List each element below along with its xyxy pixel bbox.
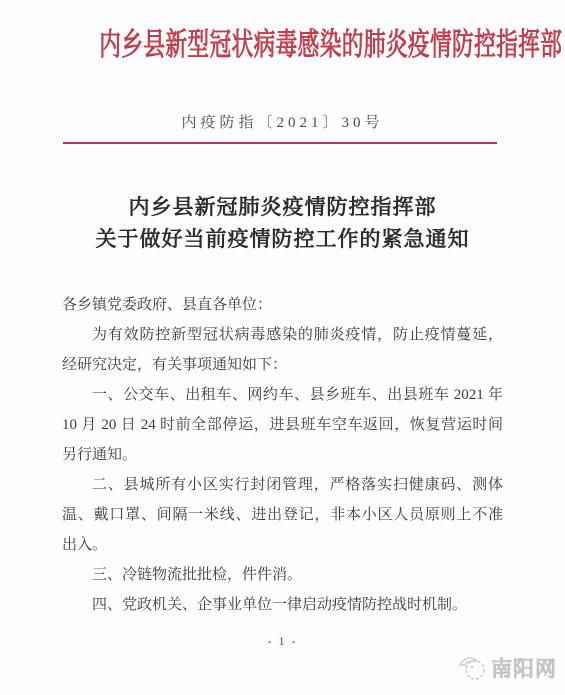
- letterhead-divider-line: [63, 142, 497, 144]
- document-number: 内疫防指〔2021〕30号: [0, 112, 565, 134]
- document-title-line2: 关于做好当前疫情防控工作的紧急通知: [0, 223, 565, 255]
- body-text-line: 出入。: [62, 530, 503, 560]
- body-text-line: 三、冷链物流批批检，件件消。: [62, 560, 503, 590]
- body-text-line: 为有效防控新型冠状病毒感染的肺炎疫情，防止疫情蔓延，: [62, 320, 503, 350]
- body-text-line: 经研究决定，有关事项通知如下：: [62, 350, 503, 380]
- document-title-line1: 内乡县新冠肺炎疫情防控指挥部: [0, 191, 565, 223]
- document-page: 内乡县新型冠状病毒感染的肺炎疫情防控指挥部 内疫防指〔2021〕30号 内乡县新…: [0, 0, 565, 695]
- document-title: 内乡县新冠肺炎疫情防控指挥部 关于做好当前疫情防控工作的紧急通知: [0, 191, 565, 255]
- body-text-line: 各乡镇党委政府、县直各单位：: [62, 290, 503, 320]
- body-text-line: 10 月 20 日 24 时前全部停运，进县班车空车返回，恢复营运时间: [62, 410, 503, 440]
- nanyang-net-logo-icon: [458, 653, 488, 683]
- page-number: - 1 -: [0, 634, 565, 649]
- document-body: 各乡镇党委政府、县直各单位： 为有效防控新型冠状病毒感染的肺炎疫情，防止疫情蔓延…: [62, 290, 503, 620]
- body-text-line: 二、县城所有小区实行封闭管理，严格落实扫健康码、测体: [62, 470, 503, 500]
- body-text-line: 一、公交车、出租车、网约车、县乡班车、出县班车 2021 年: [62, 380, 503, 410]
- document-letterhead: 内乡县新型冠状病毒感染的肺炎疫情防控指挥部: [0, 22, 565, 74]
- letterhead-org-title: 内乡县新型冠状病毒感染的肺炎疫情防控指挥部: [99, 22, 562, 68]
- body-text-line: 温、戴口罩、间隔一米线、进出登记，非本小区人员原则上不准: [62, 500, 503, 530]
- watermark: 南阳网: [458, 653, 557, 683]
- watermark-text: 南阳网: [491, 653, 557, 683]
- body-text-line: 四、党政机关、企事业单位一律启动疫情防控战时机制。: [62, 590, 503, 620]
- body-text-line: 另行通知。: [62, 440, 503, 470]
